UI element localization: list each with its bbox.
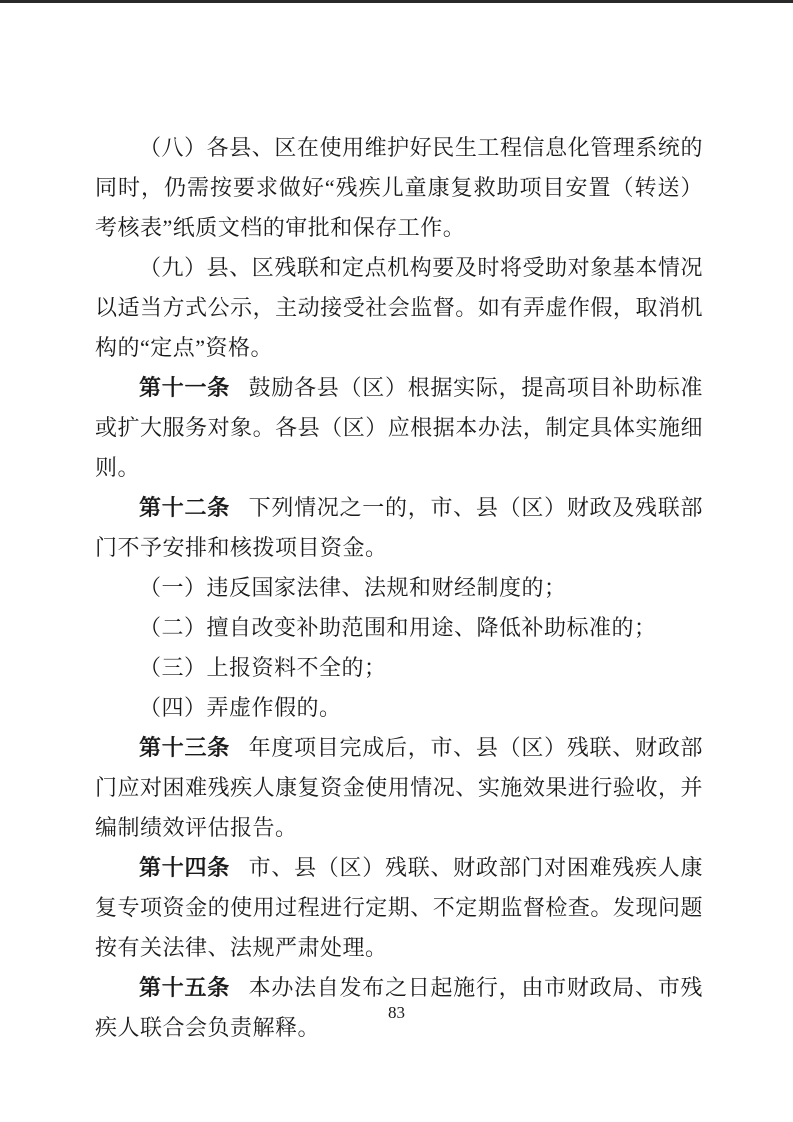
document-body: （八）各县、区在使用维护好民生工程信息化管理系统的同时，仍需按要求做好“残疾儿童… [95,128,703,1048]
paragraph-item-8: （八）各县、区在使用维护好民生工程信息化管理系统的同时，仍需按要求做好“残疾儿童… [95,128,703,248]
paragraph-text: （八）各县、区在使用维护好民生工程信息化管理系统的同时，仍需按要求做好“残疾儿童… [95,135,703,240]
paragraph-text: （三）上报资料不全的； [139,655,387,680]
page-number: 83 [0,1003,793,1023]
article-number: 第十五条 [139,975,230,1000]
list-item-3: （三）上报资料不全的； [95,648,703,688]
scan-artifact-line [0,0,793,3]
paragraph-text: （九）县、区残联和定点机构要及时将受助对象基本情况以适当方式公示，主动接受社会监… [95,255,703,360]
paragraph-text: （二）擅自改变补助范围和用途、降低补助标准的； [139,615,657,640]
list-item-4: （四）弄虚作假的。 [95,688,703,728]
paragraph-article-12: 第十二条下列情况之一的，市、县（区）财政及残联部门不予安排和核拨项目资金。 [95,488,703,568]
list-item-2: （二）擅自改变补助范围和用途、降低补助标准的； [95,608,703,648]
article-number: 第十四条 [139,855,230,880]
list-item-1: （一）违反国家法律、法规和财经制度的； [95,568,703,608]
article-number: 第十一条 [139,375,230,400]
paragraph-article-11: 第十一条鼓励各县（区）根据实际，提高项目补助标准或扩大服务对象。各县（区）应根据… [95,368,703,488]
article-number: 第十二条 [139,495,230,520]
article-number: 第十三条 [139,735,230,760]
paragraph-text: （一）违反国家法律、法规和财经制度的； [139,575,567,600]
paragraph-text: （四）弄虚作假的。 [139,695,342,720]
paragraph-article-13: 第十三条年度项目完成后，市、县（区）残联、财政部门应对困难残疾人康复资金使用情况… [95,728,703,848]
paragraph-article-14: 第十四条市、县（区）残联、财政部门对困难残疾人康复专项资金的使用过程进行定期、不… [95,848,703,968]
paragraph-item-9: （九）县、区残联和定点机构要及时将受助对象基本情况以适当方式公示，主动接受社会监… [95,248,703,368]
